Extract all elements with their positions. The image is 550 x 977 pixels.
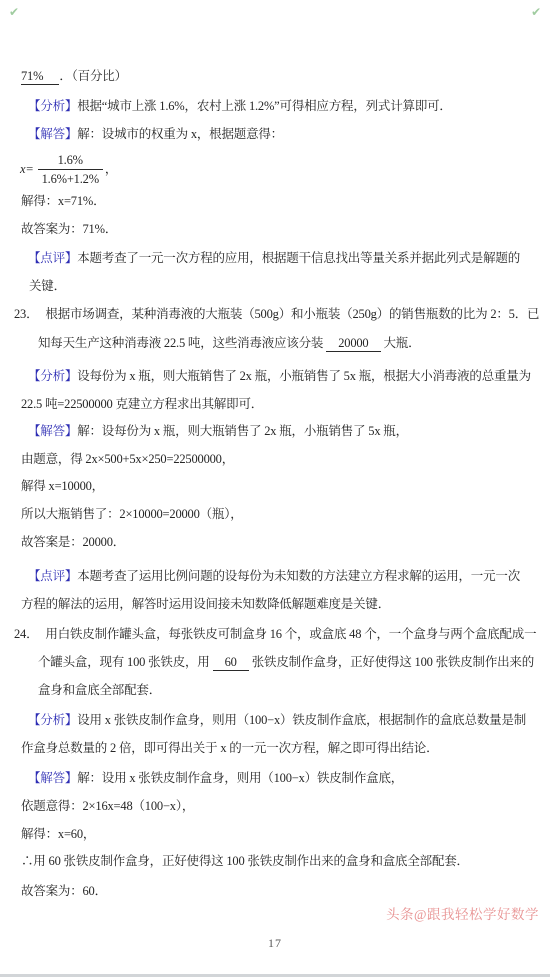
equation-23-line: 由题意，得 2x×500+5x×250=22500000，	[21, 451, 234, 467]
answer-blank-value: 71%	[21, 68, 59, 85]
solve-result-text: 解得：x=71%．	[21, 194, 105, 208]
question-24-number: 24．	[14, 627, 38, 641]
comment-23-line: 【点评】本题考查了运用比例问题的设每份为未知数的方法建立方程求解的运用，一元一次	[28, 568, 520, 584]
solve-23-text: 解得 x=10000，	[21, 479, 104, 493]
comment-23-label: 【点评】	[28, 569, 77, 583]
solution-24-text: 解：设用 x 张铁皮制作盒身，则用（100−x）铁皮制作盒底，	[77, 771, 403, 785]
question-24-text: 用白铁皮制作罐头盒，每张铁皮可制盒身 16 个，或盒底 48 个，一个盒身与两个…	[45, 627, 536, 641]
final-answer-24-line: 故答案为：60．	[21, 883, 107, 899]
analysis-24-text: 设用 x 张铁皮制作盒身，则用（100−x）铁皮制作盒底，根据制作的盒底总数量是…	[77, 713, 526, 727]
analysis-23-cont-text: 22.5 吨=22500000 克建立方程求出其解即可．	[21, 397, 263, 411]
fraction-numerator: 1.6%	[54, 152, 87, 169]
analysis-24-cont-line: 作盒身总数量的 2 倍，即可得出关于 x 的一元一次方程，解之即可得出结论．	[21, 740, 438, 756]
final-answer-23-text: 故答案是：20000．	[21, 535, 125, 549]
comment-23-cont-text: 方程的解法的运用，解答时运用设间接未知数降低解题难度是关键．	[21, 597, 390, 611]
comment-23-cont-line: 方程的解法的运用，解答时运用设间接未知数降低解题难度是关键．	[21, 596, 390, 612]
analysis-text: 根据“城市上涨 1.6%，农村上涨 1.2%”可得相应方程，列式计算即可．	[77, 99, 452, 113]
conclusion-23-text: 所以大瓶销售了：2×10000=20000（瓶），	[21, 507, 243, 521]
question-24-post: 张铁皮制作盒身，正好使得这 100 张铁皮制作出来的	[252, 655, 534, 669]
question-24-blank-line: 个罐头盒，现有 100 张铁皮，用60张铁皮制作盒身，正好使得这 100 张铁皮…	[38, 654, 534, 671]
solution-24-label: 【解答】	[28, 771, 77, 785]
question-23-line: 23．根据市场调查，某种消毒液的大瓶装（500g）和小瓶装（250g）的销售瓶数…	[14, 306, 539, 322]
question-23-blank-line: 知每天生产这种消毒液 22.5 吨，这些消毒液应该分装20000大瓶．	[38, 335, 420, 352]
question-23-blank-value: 20000	[326, 335, 380, 352]
solution-text: 解：设城市的权重为 x，根据题意得：	[77, 127, 283, 141]
fraction-tail: ，	[105, 161, 117, 177]
question-23-number: 23．	[14, 307, 38, 321]
conclusion-24-line: ∴用 60 张铁皮制作盒身，正好使得这 100 张铁皮制作出来的盒身和盒底全部配…	[21, 853, 469, 869]
comment-label: 【点评】	[28, 251, 77, 265]
final-answer-text: 故答案为：71%．	[21, 222, 117, 236]
analysis-23-text: 设每份为 x 瓶，则大瓶销售了 2x 瓶，小瓶销售了 5x 瓶，根据大小消毒液的…	[77, 369, 531, 383]
analysis-23-cont-line: 22.5 吨=22500000 克建立方程求出其解即可．	[21, 396, 263, 412]
comment-23-text: 本题考查了运用比例问题的设每份为未知数的方法建立方程求解的运用，一元一次	[77, 569, 520, 583]
solve-result-line: 解得：x=71%．	[21, 193, 105, 209]
solution-23-label: 【解答】	[28, 424, 77, 438]
corner-stamp-right-icon: ✔	[531, 5, 541, 19]
page-number: 17	[0, 936, 550, 951]
equation-24-text: 依题意得：2×16x=48（100−x），	[21, 799, 194, 813]
question-24-line: 24．用白铁皮制作罐头盒，每张铁皮可制盒身 16 个，或盒底 48 个，一个盒身…	[14, 626, 536, 642]
equation-24-line: 依题意得：2×16x=48（100−x），	[21, 798, 194, 814]
analysis-line: 【分析】根据“城市上涨 1.6%，农村上涨 1.2%”可得相应方程，列式计算即可…	[28, 98, 452, 114]
answer-blank-line: 71%．（百分比）	[21, 68, 127, 85]
analysis-24-label: 【分析】	[28, 713, 77, 727]
analysis-23-line: 【分析】设每份为 x 瓶，则大瓶销售了 2x 瓶，小瓶销售了 5x 瓶，根据大小…	[28, 368, 531, 384]
solution-24-line: 【解答】解：设用 x 张铁皮制作盒身，则用（100−x）铁皮制作盒底，	[28, 770, 403, 786]
solve-24-text: 解得：x=60，	[21, 827, 95, 841]
solution-23-line: 【解答】解：设每份为 x 瓶，则大瓶销售了 2x 瓶，小瓶销售了 5x 瓶，	[28, 423, 408, 439]
equation-23-text: 由题意，得 2x×500+5x×250=22500000，	[21, 452, 234, 466]
analysis-23-label: 【分析】	[28, 369, 77, 383]
analysis-24-cont-text: 作盒身总数量的 2 倍，即可得出关于 x 的一元一次方程，解之即可得出结论．	[21, 741, 438, 755]
comment-text: 本题考查了一元一次方程的应用，根据题干信息找出等量关系并据此列式是解题的	[77, 251, 520, 265]
solve-24-line: 解得：x=60，	[21, 826, 95, 842]
question-24-cont-line: 盒身和盒底全部配套．	[38, 682, 161, 698]
solve-23-line: 解得 x=10000，	[21, 478, 104, 494]
fraction-lhs: x=	[20, 161, 34, 177]
final-answer-24-text: 故答案为：60．	[21, 884, 107, 898]
question-24-cont-text: 盒身和盒底全部配套．	[38, 683, 161, 697]
fraction-denominator: 1.6%+1.2%	[38, 169, 103, 187]
analysis-label: 【分析】	[28, 99, 77, 113]
question-24-blank-value: 60	[213, 654, 249, 671]
conclusion-23-line: 所以大瓶销售了：2×10000=20000（瓶），	[21, 506, 243, 522]
final-answer-line: 故答案为：71%．	[21, 221, 117, 237]
comment-cont-line: 关键．	[29, 278, 66, 294]
fraction-equation: x= 1.6% 1.6%+1.2% ，	[20, 146, 117, 192]
toutiao-watermark: 头条@跟我轻松学好数学	[386, 903, 539, 923]
question-23-text: 根据市场调查，某种消毒液的大瓶装（500g）和小瓶装（250g）的销售瓶数的比为…	[45, 307, 539, 321]
solution-line: 【解答】解：设城市的权重为 x，根据题意得：	[28, 126, 283, 142]
question-23-pre: 知每天生产这种消毒液 22.5 吨，这些消毒液应该分装	[38, 336, 323, 350]
corner-stamp-left-icon: ✔	[9, 5, 19, 19]
solution-23-text: 解：设每份为 x 瓶，则大瓶销售了 2x 瓶，小瓶销售了 5x 瓶，	[77, 424, 408, 438]
answer-blank-rest: ．（百分比）	[59, 69, 127, 83]
conclusion-24-text: ∴用 60 张铁皮制作盒身，正好使得这 100 张铁皮制作出来的盒身和盒底全部配…	[21, 854, 469, 868]
solution-label: 【解答】	[28, 127, 77, 141]
analysis-24-line: 【分析】设用 x 张铁皮制作盒身，则用（100−x）铁皮制作盒底，根据制作的盒底…	[28, 712, 526, 728]
fraction: 1.6% 1.6%+1.2%	[38, 152, 103, 187]
question-24-pre: 个罐头盒，现有 100 张铁皮，用	[38, 655, 210, 669]
final-answer-23-line: 故答案是：20000．	[21, 534, 125, 550]
comment-cont-text: 关键．	[29, 279, 66, 293]
question-23-post: 大瓶．	[384, 336, 421, 350]
comment-line: 【点评】本题考查了一元一次方程的应用，根据题干信息找出等量关系并据此列式是解题的	[28, 250, 520, 266]
